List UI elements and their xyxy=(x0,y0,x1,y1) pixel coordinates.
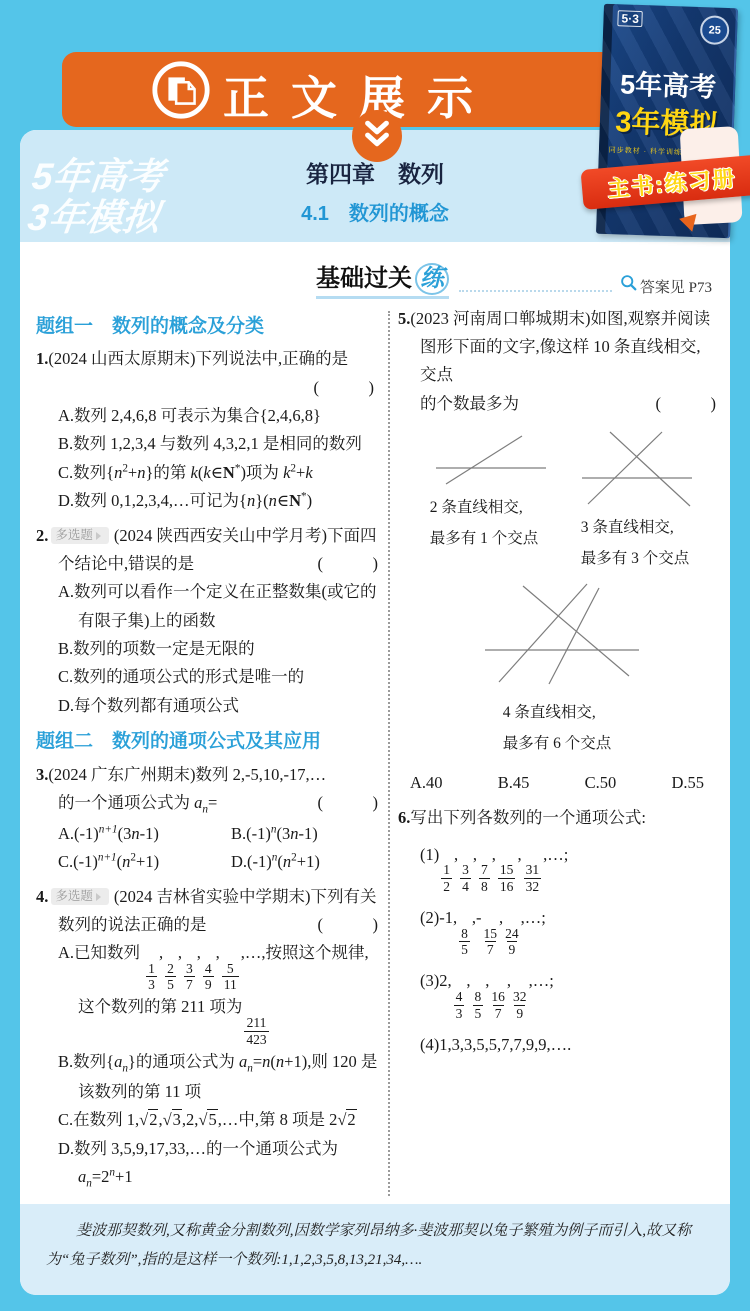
dotted-leader xyxy=(459,288,612,292)
multi-choice-badge: 多选题 xyxy=(51,527,109,545)
option-d: D.数列 0,1,2,3,4,…可记为{n}(n∈N*) xyxy=(58,487,378,515)
option-b: B.数列{an}的通项公式为 an=n(n+1),则 120 是该数列的第 11… xyxy=(58,1048,378,1107)
problem-5: 5.(2023 河南周口郸城期末)如图,观察并阅读 图形下面的文字,像这样 10… xyxy=(398,305,716,798)
option-d: D.55 xyxy=(671,769,704,797)
problem-5-head3: 的个数最多为( ) xyxy=(420,390,716,418)
banner-title: 正文展示 xyxy=(62,62,634,128)
option-d: D.数列 3,5,9,17,33,…的一个通项公式为 an=2n+1 xyxy=(58,1135,378,1194)
sequence-item-3: (3)2,43,85,167,329,…; xyxy=(420,967,716,1021)
answer-parentheses: ( ) xyxy=(656,390,717,418)
option-a: A.(-1)n+1(3n-1) xyxy=(58,820,227,848)
sequence-item-2: (2)-1,85,-157,249,…; xyxy=(420,904,716,958)
option-a: A.已知数列 13,25,37,49,511,…,按照这个规律,这个数列的第 2… xyxy=(58,939,378,1047)
group-title-2: 题组二 数列的通项公式及其应用 xyxy=(36,730,378,755)
group-title-1: 题组一 数列的概念及分类 xyxy=(36,315,378,340)
problem-3-options: A.(-1)n+1(3n-1) B.(-1)n(3n-1) C.(-1)n+1(… xyxy=(58,820,378,877)
figure-2-lines: 2 条直线相交, 最多有 1 个交点 xyxy=(414,428,554,574)
problem-number: 1. xyxy=(36,349,48,368)
figure-caption: 4 条直线相交, 最多有 6 个交点 xyxy=(503,697,612,759)
option-b: B.(-1)n(3n-1) xyxy=(231,820,378,848)
option-a: A.40 xyxy=(410,769,443,797)
problem-5-figures: 2 条直线相交, 最多有 1 个交点 xyxy=(398,428,716,759)
problem-5-options: A.40 B.45 C.50 D.55 xyxy=(398,759,716,797)
practice-title-main: 基础过关 xyxy=(316,265,412,292)
problem-6-head: 6.写出下列各数列的一个通项公式: xyxy=(420,804,716,832)
book-cover: 5·3 25 5年高考 3年模拟 同步教材 · 科学训练 · 轻松备考 高中数学… xyxy=(596,4,738,239)
figure-4-lines: 4 条直线相交, 最多有 6 个交点 xyxy=(398,580,716,759)
problem-number: 4. xyxy=(36,887,48,906)
answer-parentheses: ( ) xyxy=(318,550,379,578)
option-c: C.数列的通项公式的形式是唯一的 xyxy=(58,663,378,691)
footer-note: 斐波那契数列,又称黄金分割数列,因数学家列昂纳多·斐波那契以兔子繁殖为例子而引入… xyxy=(20,1204,730,1296)
problem-2-head2: 个结论中,错误的是( ) xyxy=(58,550,378,578)
column-divider xyxy=(388,311,390,1196)
answer-parentheses: ( ) xyxy=(318,789,379,820)
problem-3: 3.(2024 广东广州期末)数列 2,-5,10,-17,… 的一个通项公式为… xyxy=(36,761,378,877)
page: 正文展示 5·3 25 5年高考 3年模拟 同步教材 · 科学训练 · 轻松备考… xyxy=(0,0,750,1311)
watermark-line2: 3年模拟 xyxy=(26,197,162,238)
problem-5-head: 5.(2023 河南周口郸城期末)如图,观察并阅读 xyxy=(420,305,716,333)
option-c: C.50 xyxy=(585,769,617,797)
problem-number: 5. xyxy=(398,309,410,328)
problem-number: 3. xyxy=(36,765,48,784)
magnifier-icon xyxy=(620,274,637,296)
sequence-item-4: (4)1,3,3,5,5,7,7,9,9,…. xyxy=(420,1031,716,1059)
problem-number: 6. xyxy=(398,808,410,827)
answer-reference: 答案见 P73 xyxy=(640,276,712,297)
two-column-body: 题组一 数列的概念及分类 1.(2024 山西太原期末)下列说法中,正确的是 (… xyxy=(20,303,730,1204)
problem-3-head2: 的一个通项公式为 an=( ) xyxy=(58,789,378,820)
problem-4-head: 4.多选题(2024 吉林省实验中学期末)下列有关 xyxy=(58,883,378,911)
content-card: 5年高考 3年模拟 第四章 数列 4.1 数列的概念 基础过关练 答案见 P73… xyxy=(20,130,730,1295)
multi-choice-badge: 多选题 xyxy=(51,888,109,906)
option-b: B.数列的项数一定是无限的 xyxy=(58,635,378,663)
answer-parentheses: ( ) xyxy=(318,911,379,939)
option-c: C.在数列 1,√2,√3,2,√5,…中,第 8 项是 2√2 xyxy=(58,1106,378,1134)
problem-2-head: 2.多选题(2024 陕西西安关山中学月考)下面四 xyxy=(58,522,378,550)
book-logo: 5·3 xyxy=(617,10,643,27)
problem-1-head: 1.(2024 山西太原期末)下列说法中,正确的是 xyxy=(58,345,378,373)
sequence-item-1: (1)12,34,78,1516,3132,…; xyxy=(420,841,716,895)
right-column: 5.(2023 河南周口郸城期末)如图,观察并阅读 图形下面的文字,像这样 10… xyxy=(398,305,716,1204)
practice-title: 基础过关练 xyxy=(316,258,449,299)
brand-watermark: 5年高考 3年模拟 xyxy=(26,156,166,239)
figure-caption: 3 条直线相交, 最多有 3 个交点 xyxy=(581,512,690,574)
problem-4: 4.多选题(2024 吉林省实验中学期末)下列有关 数列的说法正确的是( ) A… xyxy=(36,883,378,1194)
problem-number: 2. xyxy=(36,526,48,545)
figure-caption: 2 条直线相交, 最多有 1 个交点 xyxy=(430,492,539,554)
option-b: B.45 xyxy=(498,769,530,797)
option-c: C.(-1)n+1(n2+1) xyxy=(58,848,227,876)
problem-6: 6.写出下列各数列的一个通项公式: (1)12,34,78,1516,3132,… xyxy=(398,804,716,1059)
answer-parentheses: ( ) xyxy=(58,374,378,402)
option-c: C.数列{n2+n}的第 k(k∈N*)项为 k2+k xyxy=(58,459,378,487)
option-a: A.数列 2,4,6,8 可表示为集合{2,4,6,8} xyxy=(58,402,378,430)
option-a: A.数列可以看作一个定义在正整数集(或它的有限子集)上的函数 xyxy=(58,578,378,635)
problem-4-head2: 数列的说法正确的是( ) xyxy=(58,911,378,939)
book-ribbon-label: 主书:练习册 xyxy=(606,161,738,203)
problem-1: 1.(2024 山西太原期末)下列说法中,正确的是 ( ) A.数列 2,4,6… xyxy=(36,345,378,515)
problem-3-head: 3.(2024 广东广州期末)数列 2,-5,10,-17,… xyxy=(58,761,378,789)
chevron-down-icon xyxy=(352,110,402,162)
problem-5-head2: 图形下面的文字,像这样 10 条直线相交,交点 xyxy=(420,333,716,390)
option-d: D.每个数列都有通项公式 xyxy=(58,692,378,720)
figure-3-lines: 3 条直线相交, 最多有 3 个交点 xyxy=(570,428,700,574)
left-column: 题组一 数列的概念及分类 1.(2024 山西太原期末)下列说法中,正确的是 (… xyxy=(36,305,378,1204)
watermark-line1: 5年高考 xyxy=(30,156,166,197)
problem-2: 2.多选题(2024 陕西西安关山中学月考)下面四 个结论中,错误的是( ) A… xyxy=(36,522,378,721)
practice-title-accent: 练 xyxy=(415,263,449,295)
option-b: B.数列 1,2,3,4 与数列 4,3,2,1 是相同的数列 xyxy=(58,430,378,458)
practice-header: 基础过关练 答案见 P73 xyxy=(38,258,712,299)
option-d: D.(-1)n(n2+1) xyxy=(231,848,378,876)
footer-note-text: 斐波那契数列,又称黄金分割数列,因数学家列昂纳多·斐波那契以兔子繁殖为例子而引入… xyxy=(46,1217,704,1276)
